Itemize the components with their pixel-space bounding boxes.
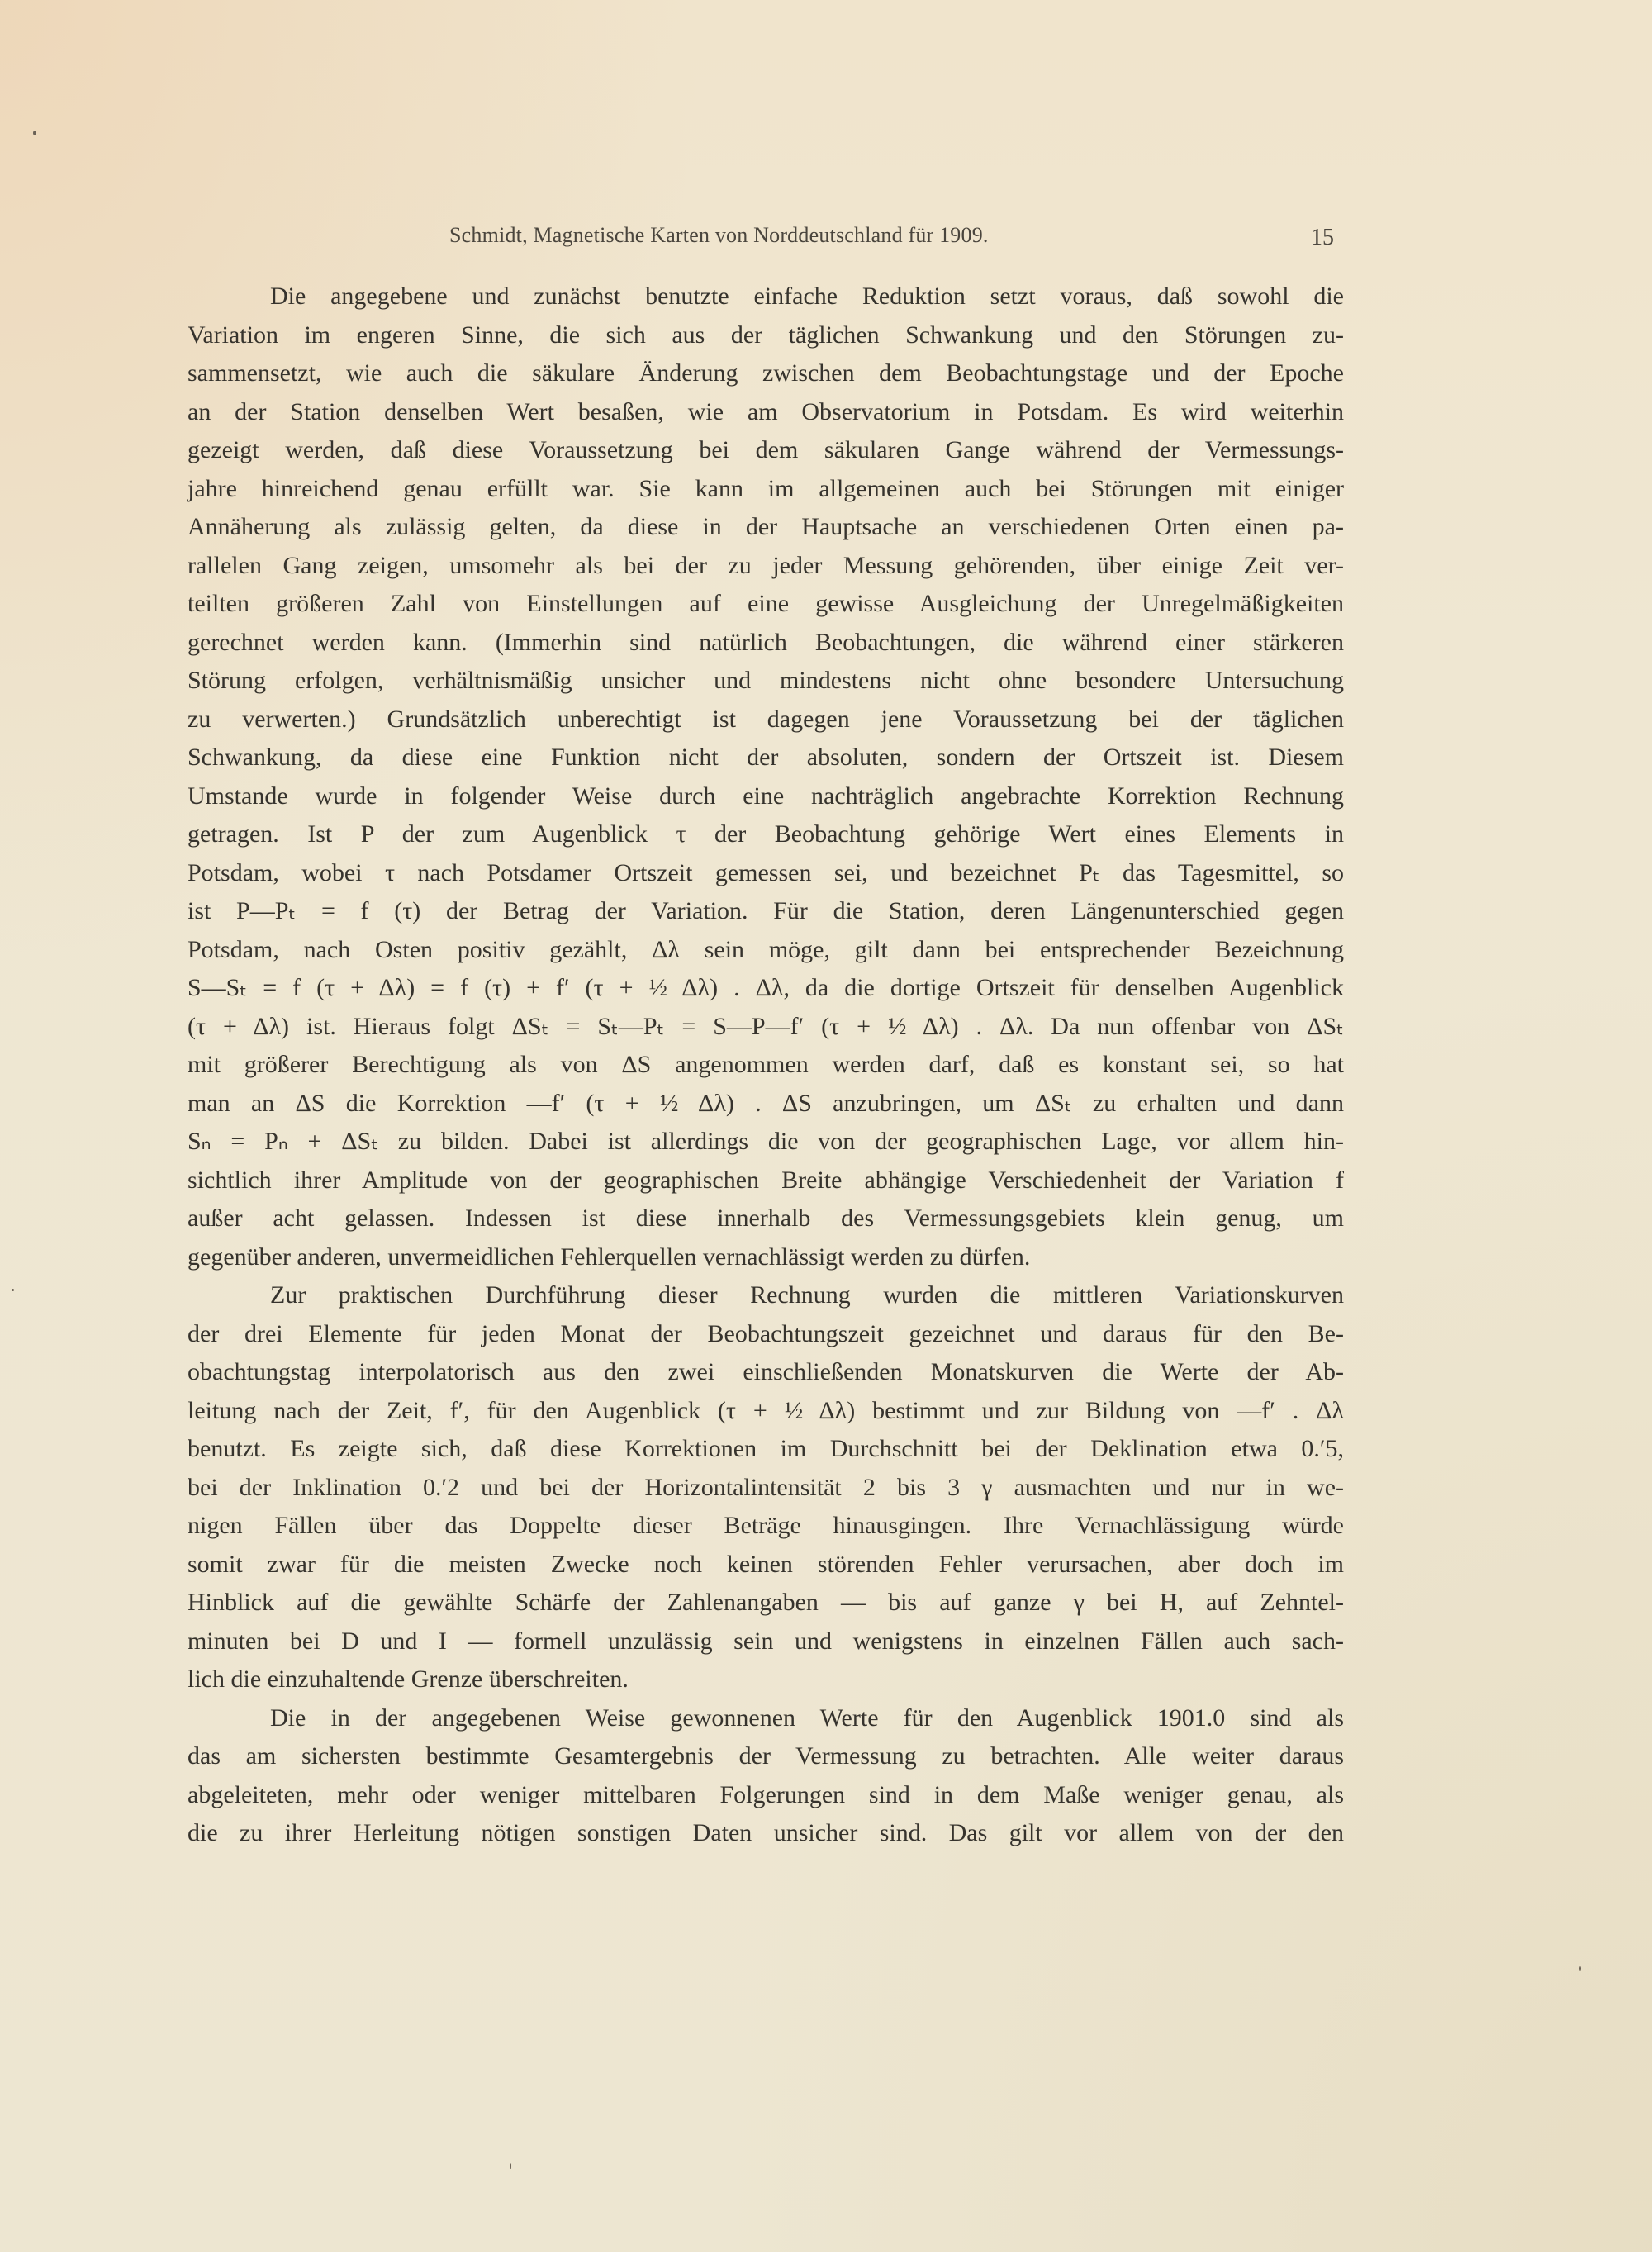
text-line: nigen Fällen über das Doppelte dieser Be… xyxy=(188,1507,1344,1546)
text-line: sichtlich ihrer Amplitude von der geogra… xyxy=(188,1162,1344,1200)
text-line: Schwankung, da diese eine Funktion nicht… xyxy=(188,739,1344,777)
text-line: Die in der angegebenen Weise gewonnenen … xyxy=(188,1699,1344,1738)
text-line: das am sichersten bestimmte Gesamtergebn… xyxy=(188,1737,1344,1776)
paragraph-3: Die in der angegebenen Weise gewonnenen … xyxy=(188,1699,1344,1853)
text-line: bei der Inklination 0.′2 und bei der Hor… xyxy=(188,1469,1344,1508)
text-line: die zu ihrer Herleitung nötigen sonstige… xyxy=(188,1814,1344,1853)
paragraph-1: Die angegebene und zunächst benutzte ein… xyxy=(188,278,1344,1276)
text-line: Störung erfolgen, verhältnismäßig unsich… xyxy=(188,662,1344,701)
running-header: Schmidt, Magnetische Karten von Norddeut… xyxy=(449,223,1341,248)
text-line: der drei Elemente für jeden Monat der Be… xyxy=(188,1315,1344,1354)
text-line: somit zwar für die meisten Zwecke noch k… xyxy=(188,1546,1344,1584)
text-line: ist P—Pₜ = f (τ) der Betrag der Variatio… xyxy=(188,892,1344,931)
text-line: abgeleiteten, mehr oder weniger mittelba… xyxy=(188,1776,1344,1815)
text-line: teilten größeren Zahl von Einstellungen … xyxy=(188,585,1344,624)
text-line: benutzt. Es zeigte sich, daß diese Korre… xyxy=(188,1430,1344,1469)
text-line: mit größerer Berechtigung als von ΔS ang… xyxy=(188,1046,1344,1085)
text-line: gegenüber anderen, unvermeidlichen Fehle… xyxy=(188,1238,1344,1277)
text-line: Die angegebene und zunächst benutzte ein… xyxy=(188,278,1344,316)
page-number: 15 xyxy=(1311,225,1334,251)
text-line: (τ + Δλ) ist. Hieraus folgt ΔSₜ = Sₜ—Pₜ … xyxy=(188,1008,1344,1047)
paper-speck xyxy=(1579,1966,1581,1971)
text-line: Hinblick auf die gewählte Schärfe der Za… xyxy=(188,1584,1344,1622)
text-line: rallelen Gang zeigen, umsomehr als bei d… xyxy=(188,547,1344,586)
text-line: leitung nach der Zeit, f′, für den Augen… xyxy=(188,1392,1344,1431)
text-line: minuten bei D und I — formell unzulässig… xyxy=(188,1622,1344,1661)
text-line: Annäherung als zulässig gelten, da diese… xyxy=(188,508,1344,547)
paper-speck xyxy=(510,2163,511,2169)
text-line: Sₙ = Pₙ + ΔSₜ zu bilden. Dabei ist aller… xyxy=(188,1123,1344,1162)
text-line: sammensetzt, wie auch die säkulare Änder… xyxy=(188,354,1344,393)
text-line: außer acht gelassen. Indessen ist diese … xyxy=(188,1200,1344,1238)
text-line: an der Station denselben Wert besaßen, w… xyxy=(188,393,1344,432)
scanned-page: Schmidt, Magnetische Karten von Norddeut… xyxy=(0,0,1652,2252)
text-line: getragen. Ist P der zum Augenblick τ der… xyxy=(188,815,1344,854)
paper-speck xyxy=(12,1289,14,1291)
text-line: man an ΔS die Korrektion —f′ (τ + ½ Δλ) … xyxy=(188,1085,1344,1124)
text-line: gezeigt werden, daß diese Voraussetzung … xyxy=(188,431,1344,470)
text-line: obachtungstag interpolatorisch aus den z… xyxy=(188,1353,1344,1392)
text-line: Umstande wurde in folgender Weise durch … xyxy=(188,777,1344,816)
paragraph-2: Zur praktischen Durchführung dieser Rech… xyxy=(188,1276,1344,1699)
text-line: Potsdam, nach Osten positiv gezählt, Δλ … xyxy=(188,931,1344,970)
text-line: Potsdam, wobei τ nach Potsdamer Ortszeit… xyxy=(188,854,1344,893)
text-line: Variation im engeren Sinne, die sich aus… xyxy=(188,316,1344,355)
paper-speck xyxy=(33,131,36,135)
text-line: Zur praktischen Durchführung dieser Rech… xyxy=(188,1276,1344,1315)
text-line: jahre hinreichend genau erfüllt war. Sie… xyxy=(188,470,1344,509)
text-line: lich die einzuhaltende Grenze überschrei… xyxy=(188,1660,1344,1699)
text-line: zu verwerten.) Grundsätzlich unberechtig… xyxy=(188,701,1344,739)
text-line: S—Sₜ = f (τ + Δλ) = f (τ) + f′ (τ + ½ Δλ… xyxy=(188,969,1344,1008)
body-text: Die angegebene und zunächst benutzte ein… xyxy=(188,278,1344,1853)
text-line: gerechnet werden kann. (Immerhin sind na… xyxy=(188,624,1344,663)
